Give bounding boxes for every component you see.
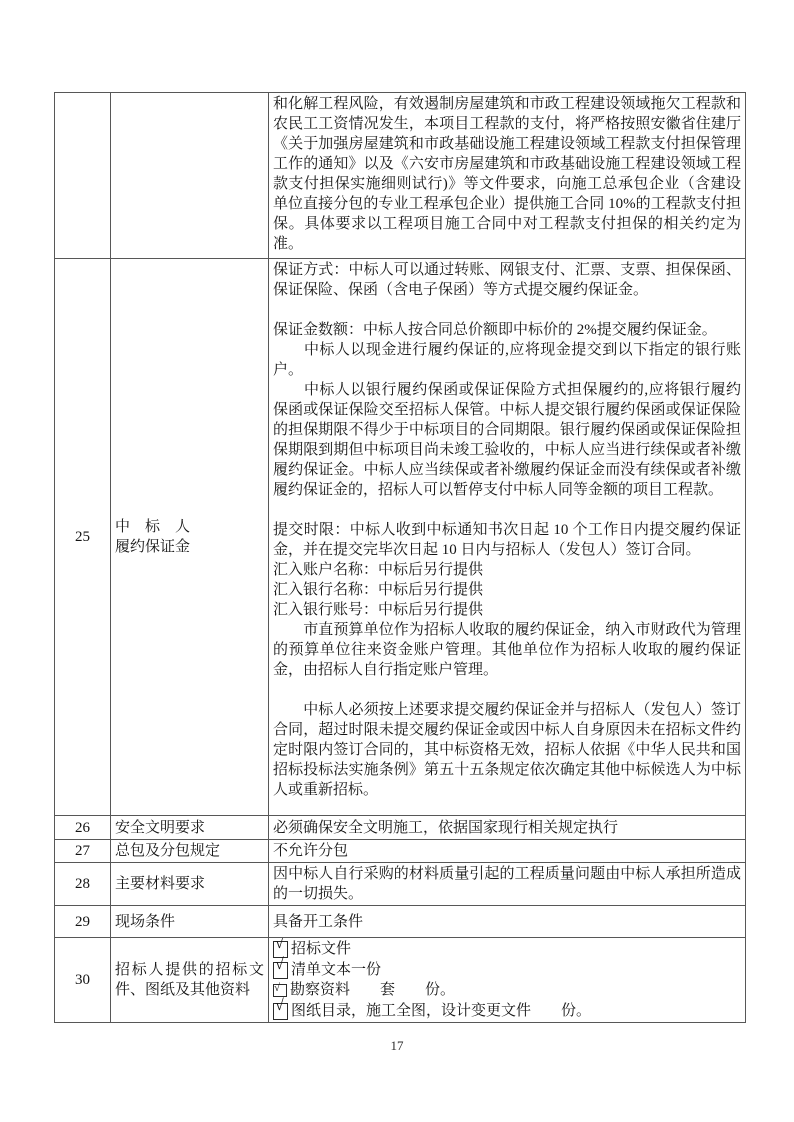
page-number: 17 [0,1038,794,1054]
row-30-number: 30 [55,938,111,1023]
checklist-item-label: 勘察资料 套 份。 [290,980,455,1001]
row-27-number: 27 [55,840,111,863]
checklist-item: √ 清单文本一份 [273,960,741,981]
row-29-label: 现场条件 [111,906,269,938]
check-mark-icon: √ [275,938,284,953]
checklist-item-label: 清单文本一份 [291,960,381,981]
check-mark-icon: √ [275,957,284,973]
payment-guarantee-text: 和化解工程风险，有效遏制房屋建筑和市政工程建设领域拖欠工程款和农民工工资情况发生… [273,94,741,254]
performance-bond-text: 保证方式：中标人可以通过转账、网银支付、汇票、支票、担保保函、保证保险、保函（含… [273,260,741,800]
checked-checkbox-icon: √ [273,1003,288,1020]
check-mark-icon: √ [274,983,280,994]
table-row-27: 27 总包及分包规定 不允许分包 [55,840,746,863]
document-page: 和化解工程风险，有效遏制房屋建筑和市政工程建设领域拖欠工程款和农民工工资情况发生… [0,0,794,1122]
table-row-30: 30 招标人提供的招标文件、图纸及其他资料 √ 招标文件 √ 清单文本一份 √ … [55,938,746,1023]
row-cont-number-cell [55,93,111,259]
row-25-content: 保证方式：中标人可以通过转账、网银支付、汇票、支票、担保保函、保证保险、保函（含… [269,259,746,816]
table-row-29: 29 现场条件 具备开工条件 [55,906,746,938]
checklist-item: √ 图纸目录，施工全图，设计变更文件 份。 [273,1001,741,1022]
materials-requirement-text: 因中标人自行采购的材料质量引起的工程质量问题由中标人承担所造成的一切损失。 [273,864,741,904]
row-29-content: 具备开工条件 [269,906,746,938]
checklist-item-label: 招标文件 [291,939,351,960]
row-30-label: 招标人提供的招标文件、图纸及其他资料 [111,938,269,1023]
table-row-28: 28 主要材料要求 因中标人自行采购的材料质量引起的工程质量问题由中标人承担所造… [55,863,746,906]
row-25-label: 中 标 人 履约保证金 [111,259,269,816]
row-26-number: 26 [55,816,111,840]
row-25-number: 25 [55,259,111,816]
checked-checkbox-icon: √ [273,984,287,997]
tender-conditions-table: 和化解工程风险，有效遏制房屋建筑和市政工程建设领域拖欠工程款和农民工工资情况发生… [54,92,746,1023]
row-cont-content-cell: 和化解工程风险，有效遏制房屋建筑和市政工程建设领域拖欠工程款和农民工工资情况发生… [269,93,746,259]
row-26-content: 必须确保安全文明施工，依据国家现行相关规定执行 [269,816,746,840]
row-28-content: 因中标人自行采购的材料质量引起的工程质量问题由中标人承担所造成的一切损失。 [269,863,746,906]
checklist-item: √ 招标文件 [273,939,741,960]
row-26-label: 安全文明要求 [111,816,269,840]
row-28-number: 28 [55,863,111,906]
check-mark-icon: √ [275,998,284,1014]
row-27-content: 不允许分包 [269,840,746,863]
checked-checkbox-icon: √ [273,962,288,979]
checklist-item-label: 图纸目录，施工全图，设计变更文件 份。 [291,1001,591,1022]
table-row-25: 25 中 标 人 履约保证金 保证方式：中标人可以通过转账、网银支付、汇票、支票… [55,259,746,816]
table-row-26: 26 安全文明要求 必须确保安全文明施工，依据国家现行相关规定执行 [55,816,746,840]
row-29-number: 29 [55,906,111,938]
row-cont-label-cell [111,93,269,259]
row-28-label: 主要材料要求 [111,863,269,906]
row-27-label: 总包及分包规定 [111,840,269,863]
checklist-item: √ 勘察资料 套 份。 [273,980,741,1001]
row-30-content: √ 招标文件 √ 清单文本一份 √ 勘察资料 套 份。 √ 图纸目录，施工全图，… [269,938,746,1023]
table-row-continuation: 和化解工程风险，有效遏制房屋建筑和市政工程建设领域拖欠工程款和农民工工资情况发生… [55,93,746,259]
